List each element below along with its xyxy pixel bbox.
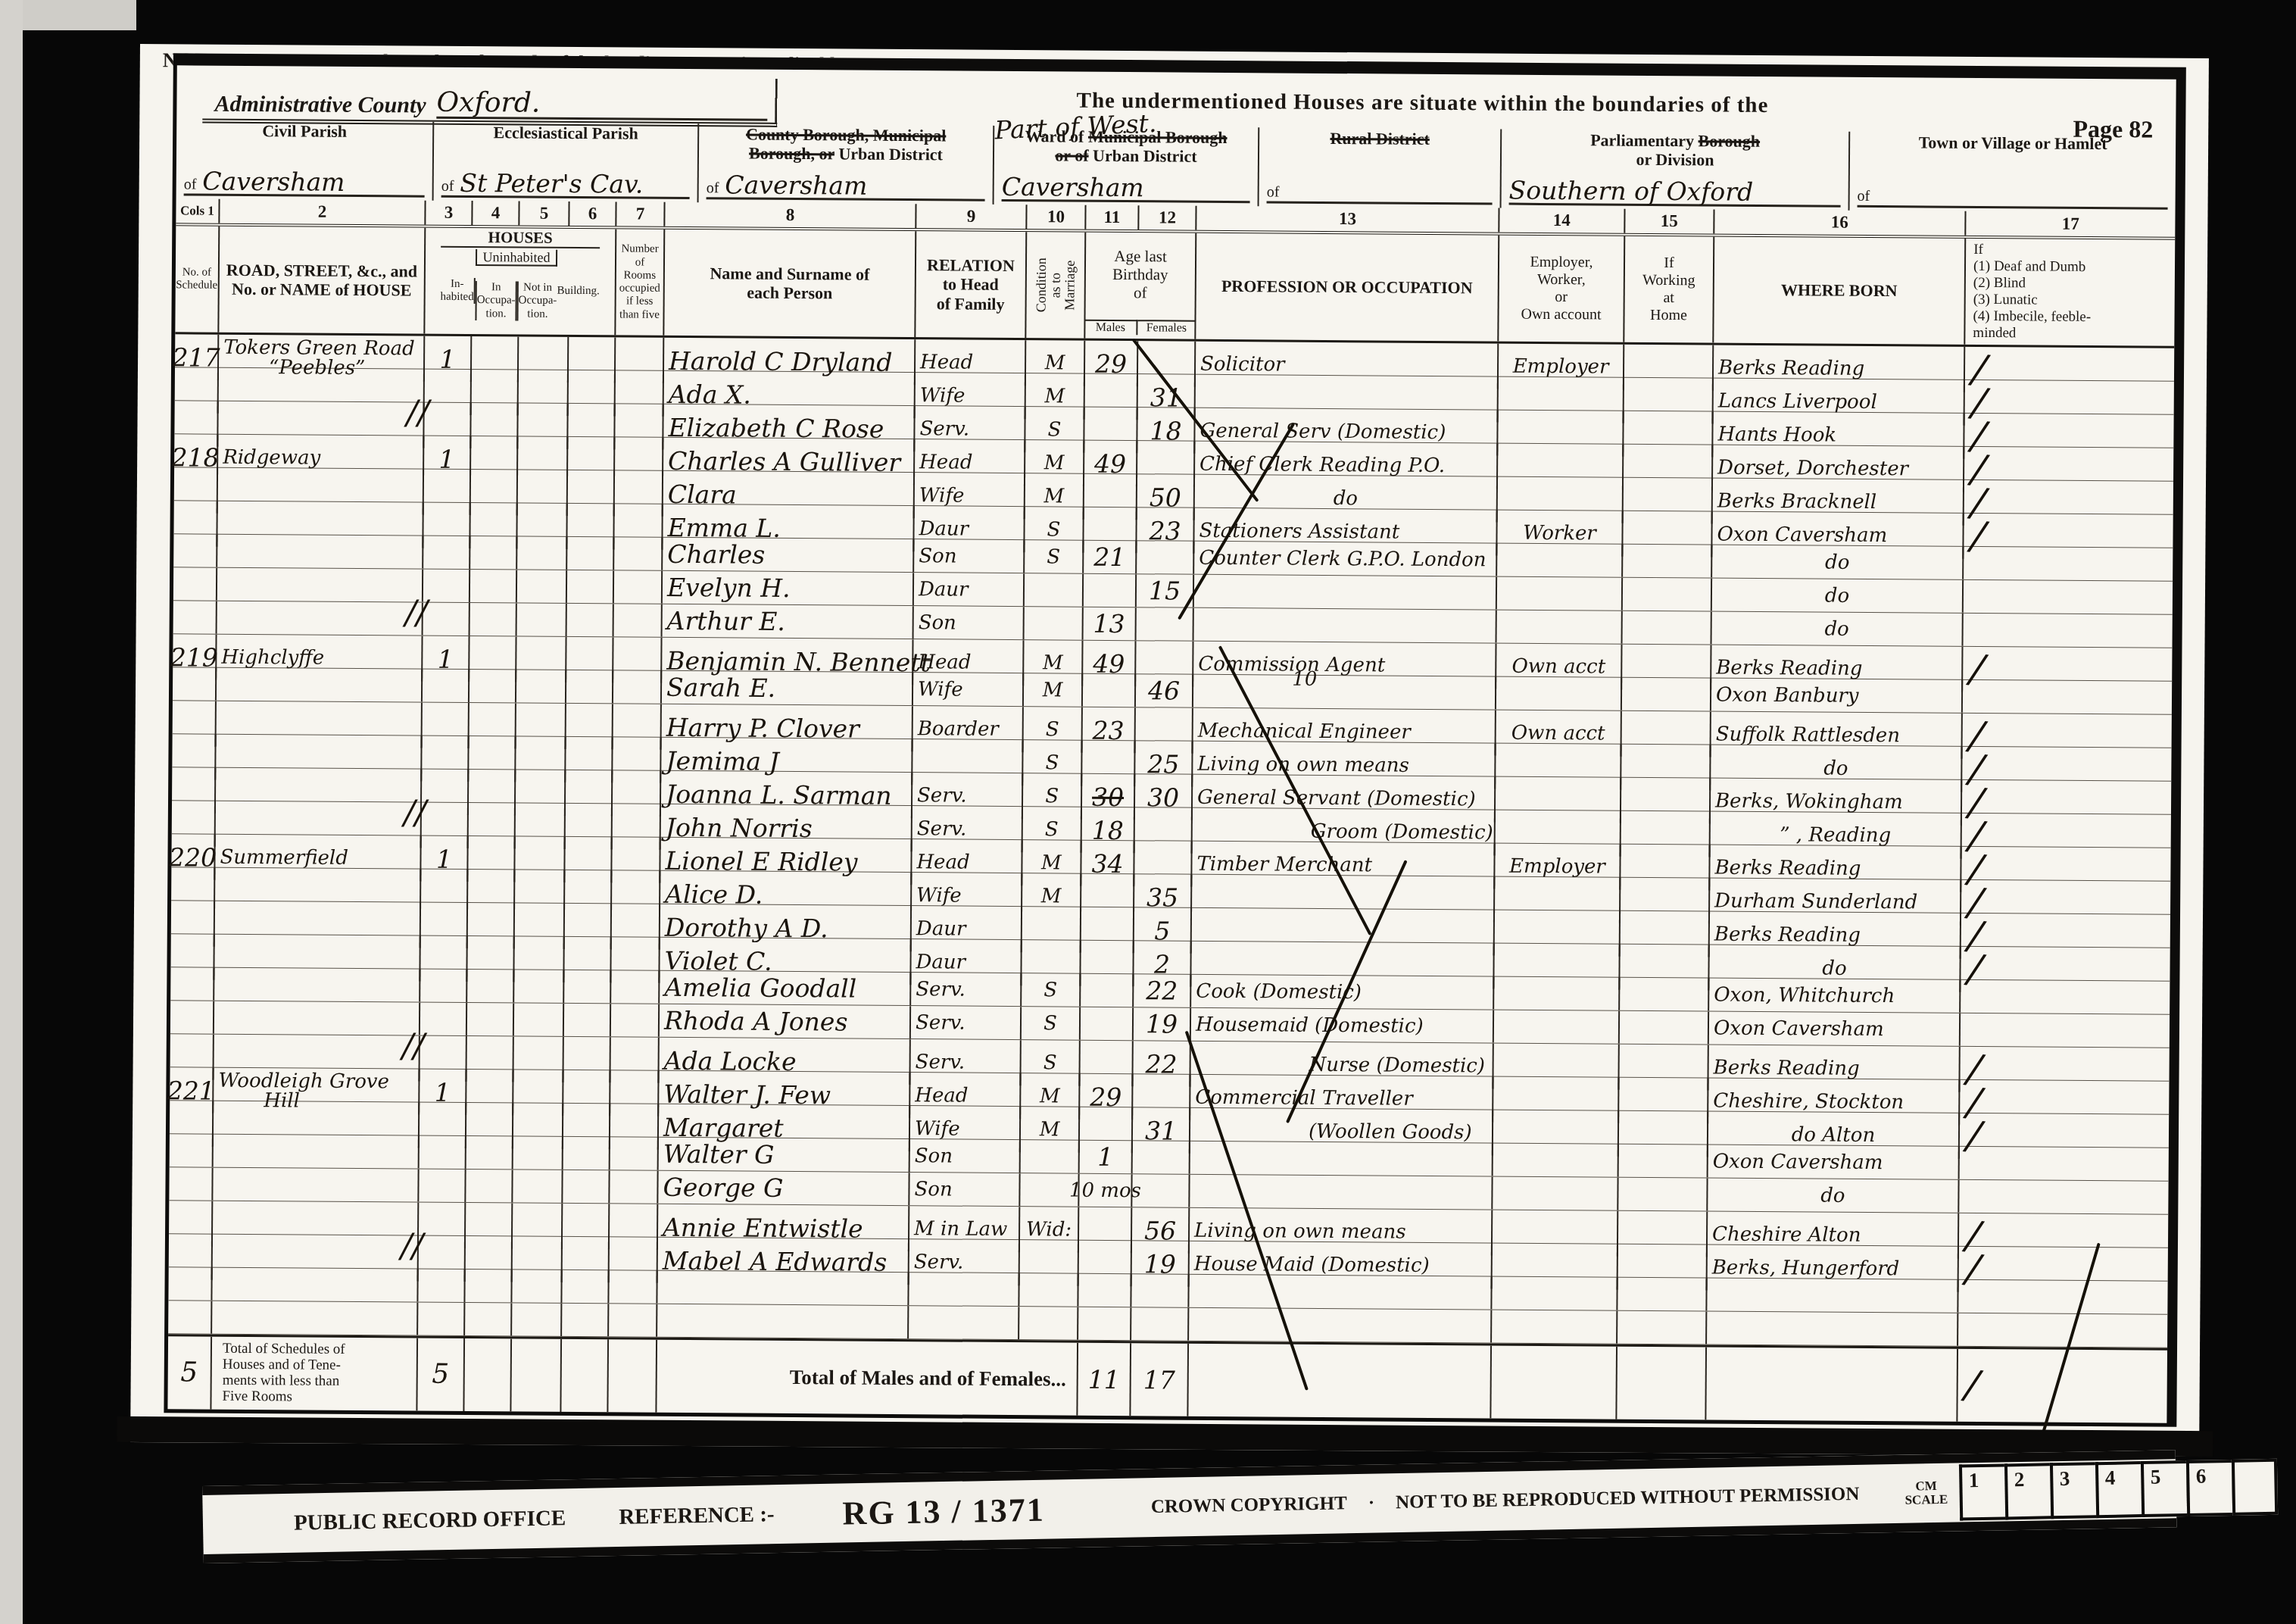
cell-in-occupation — [466, 1170, 513, 1202]
ruler-segment-end — [2232, 1459, 2278, 1516]
parish-box-title: Ecclesiastical Parish — [441, 123, 690, 144]
parish-value-handwritten: Southern of Oxford — [1509, 178, 1754, 205]
age-male: 30 — [1092, 784, 1124, 809]
birthplace: do — [1717, 551, 1958, 573]
header-houses: HOUSES — [441, 228, 600, 248]
cell-name: Charles — [663, 538, 914, 572]
cell-schedule — [170, 1134, 214, 1166]
cell-in-occupation — [465, 1270, 512, 1302]
cell-in-occupation — [466, 1136, 513, 1169]
parish-box-title: Rural District — [1267, 129, 1493, 149]
relation: Head — [920, 352, 973, 372]
road-name: Ridgeway — [223, 448, 320, 468]
relation: Serv. — [917, 785, 967, 805]
cell-infirmity — [1961, 980, 2170, 1014]
age-female: 15 — [1149, 578, 1181, 603]
birthplace: Berks, Hungerford — [1712, 1258, 1900, 1279]
header-in-occupation: In Occupa- tion. — [476, 281, 517, 320]
column-number-14: 14 — [1499, 208, 1625, 233]
cell-condition: S — [1022, 973, 1081, 1007]
inhabited-mark: 1 — [438, 646, 454, 671]
cell-age-female: 22 — [1134, 974, 1191, 1007]
cell-employer — [1497, 611, 1623, 644]
cell-road — [217, 535, 423, 569]
pro-reference-strip: PUBLIC RECORD OFFICE REFERENCE :- RG 13 … — [202, 1450, 2176, 1563]
of-label: of — [1267, 183, 1280, 201]
birthplace: do — [1714, 958, 1954, 979]
title-text: Parliamentary — [1590, 130, 1699, 150]
cell-rooms — [614, 537, 663, 570]
cell-blank-15 — [1617, 1347, 1707, 1420]
cell-road — [214, 968, 420, 1002]
parish-box-2: Ecclesiastical ParishofSt Peter's Cav. — [434, 122, 700, 202]
parish-box-1: Civil ParishofCaversham — [176, 120, 435, 200]
cell-inhabited — [423, 670, 469, 702]
age-female: 25 — [1147, 751, 1179, 776]
ruler-segment: 3 — [2050, 1462, 2096, 1519]
cell-employer — [1492, 1277, 1617, 1310]
person-name: Harold C Dryland — [669, 348, 893, 374]
cell-building — [563, 1137, 610, 1170]
age-female: 35 — [1146, 885, 1178, 910]
cell-age-male — [1078, 1274, 1131, 1307]
cell-in-occupation — [470, 536, 517, 569]
header-infirmity: If (1) Deaf and Dumb (2) Blind (3) Lunat… — [1965, 239, 2175, 346]
header-age: Age last Birthday of — [1085, 247, 1196, 302]
person-name: Margaret — [663, 1114, 784, 1140]
cell-name: Sarah E. — [662, 671, 913, 705]
age-female: 30 — [1147, 785, 1179, 810]
header-at-home: If Working at Home — [1624, 236, 1714, 343]
relation: Serv. — [919, 419, 969, 439]
relation: Wife — [919, 486, 965, 505]
title-text: Urban District — [834, 144, 943, 164]
cell-condition: S — [1022, 1007, 1081, 1040]
pro-office-label: PUBLIC RECORD OFFICE — [294, 1506, 566, 1536]
annotation: 10 — [1292, 670, 1317, 689]
header-condition: Condition as to Marriage — [1026, 232, 1086, 339]
parish-title-line: Borough, or Urban District — [707, 144, 985, 164]
person-name: Dorothy A D. — [665, 914, 828, 941]
cell-blank-13 — [1188, 1344, 1492, 1419]
cell-not-in-occupation — [512, 1270, 562, 1302]
cell-condition — [1025, 607, 1084, 640]
cell-profession — [1194, 575, 1497, 610]
cell-profession: Cook (Domestic) — [1191, 975, 1494, 1010]
parish-box-4: Ward of Municipal Boroughor of Urban Dis… — [994, 126, 1260, 206]
column-number-12: 12 — [1139, 205, 1196, 230]
no-reproduction-label: NOT TO BE REPRODUCED WITHOUT PERMISSION — [1396, 1484, 1860, 1513]
relation: M in Law — [914, 1219, 1007, 1239]
cell-name: George G — [658, 1171, 909, 1205]
check-mark: ∕ — [1963, 1362, 1981, 1409]
struck-text: Borough, or — [749, 143, 834, 163]
cell-not-in-occupation — [514, 970, 564, 1002]
cell-working-at-home — [1620, 978, 1709, 1011]
cell-age-female — [1132, 1174, 1190, 1207]
title-text: Ecclesiastical Parish — [493, 123, 638, 142]
marriage-condition: M — [1043, 680, 1063, 700]
age-female: 19 — [1144, 1251, 1176, 1276]
cell-infirmity — [1964, 580, 2173, 614]
employer-status: Own acct — [1511, 657, 1605, 677]
cell-relation: Serv. — [911, 1006, 1022, 1039]
marriage-condition: S — [1043, 1053, 1057, 1073]
cell-working-at-home — [1623, 578, 1712, 611]
parish-box-value: ofSt Peter's Cav. — [441, 165, 690, 199]
cell-in-occupation — [467, 970, 514, 1002]
profession: Living on own means — [1194, 1221, 1406, 1242]
employer-status: Employer — [1509, 857, 1605, 877]
parish-box-value: Southern of Oxford — [1509, 173, 1841, 208]
header-relation: RELATION to Head of Family — [916, 231, 1027, 338]
profession: Commercial Traveller — [1195, 1088, 1413, 1109]
crown-copyright-label: CROWN COPYRIGHT — [1151, 1493, 1348, 1518]
marriage-condition: S — [1043, 1013, 1057, 1033]
column-number-15: 15 — [1625, 209, 1714, 234]
cell-relation: Son — [910, 1139, 1021, 1173]
person-name: Ada X. — [669, 381, 751, 407]
cell-infirmity — [1961, 1013, 2170, 1048]
cell-age-female — [1133, 1141, 1190, 1174]
profession: Nurse (Domestic) — [1196, 1054, 1486, 1076]
birthplace: Oxon Caversham — [1717, 525, 1887, 546]
birthplace: Oxon Caversham — [1714, 1018, 1884, 1039]
profession: Mechanical Engineer — [1198, 721, 1411, 742]
schedule-number: 217 — [173, 345, 220, 370]
person-name: Harry P. Clover — [666, 714, 859, 741]
cell-age-male: 21 — [1084, 541, 1137, 573]
marriage-condition: Wid: — [1026, 1220, 1072, 1239]
birthplace: Oxon Banbury — [1716, 685, 1859, 705]
cell-name: Amelia Goodall — [660, 971, 911, 1005]
cell-where-born: Oxon, Whitchurch — [1709, 978, 1961, 1012]
column-number-2: 2 — [220, 199, 426, 225]
cell-schedule — [169, 1167, 213, 1200]
parish-title-line: Civil Parish — [184, 121, 425, 142]
cell-infirmity — [1958, 1280, 2167, 1314]
ruler-segment: 2 — [2004, 1463, 2051, 1519]
parish-box-value: of — [1858, 175, 2168, 210]
cell-road — [217, 568, 423, 602]
parish-box-title: Parliamentary Boroughor Division — [1509, 131, 1841, 170]
person-name: Jemima J — [666, 748, 779, 773]
cell-relation: Serv. — [911, 973, 1022, 1006]
age-male: 49 — [1094, 451, 1126, 476]
parish-box-7: Town or Village or Hamletof — [1850, 132, 2176, 213]
parish-box-6: Parliamentary Boroughor DivisionSouthern… — [1502, 130, 1851, 211]
parish-value-handwritten: St Peter's Cav. — [460, 170, 643, 197]
header-road: ROAD, STREET, &c., and No. or NAME of HO… — [219, 226, 426, 334]
cell-employer — [1493, 1177, 1618, 1210]
birthplace: Berks Bracknell — [1717, 492, 1877, 512]
totals-row: 5Total of Schedules of Houses and of Ten… — [167, 1334, 2167, 1423]
person-name: George G — [663, 1175, 783, 1201]
cell-inhabited — [420, 970, 467, 1002]
cell-name: Walter G — [659, 1138, 910, 1172]
parish-title-line: or of Urban District — [1002, 146, 1250, 167]
cell-where-born — [1707, 1311, 1958, 1345]
cell-infirmity — [1963, 680, 2172, 714]
cell-name: Arthur E. — [663, 604, 914, 639]
person-name: Amelia Goodall — [664, 975, 856, 1001]
inhabited-mark: 1 — [439, 446, 455, 471]
birthplace: do — [1717, 618, 1958, 639]
cell-age-male — [1084, 574, 1137, 607]
totals-label: Total of Schedules of Houses and of Tene… — [216, 1341, 345, 1406]
cell-rooms — [611, 1004, 660, 1036]
header-uninhabited: Uninhabited — [476, 249, 557, 267]
age-female: 46 — [1148, 678, 1180, 703]
cell-relation — [909, 1306, 1019, 1339]
cell-inhabited — [420, 1136, 466, 1169]
cell-condition: S — [1025, 540, 1084, 573]
cell-in-occupation — [465, 1303, 512, 1335]
profession: Timber Merchant — [1196, 854, 1372, 876]
parish-title-line: Ward of Municipal Borough — [1002, 127, 1250, 148]
marriage-condition: S — [1047, 420, 1061, 439]
cell-schedule — [173, 567, 217, 600]
ruler-segment: 1 — [1959, 1463, 2005, 1520]
age-female: 19 — [1146, 1011, 1178, 1036]
marriage-condition: M — [1044, 453, 1065, 473]
schedule-number: 218 — [172, 445, 220, 470]
person-name: Mabel A Edwards — [663, 1248, 888, 1274]
cell-name — [657, 1271, 909, 1305]
form-header: Administrative County Oxford. The underm… — [176, 65, 2176, 212]
relation: Daur — [919, 519, 969, 539]
header-where-born: WHERE BORN — [1714, 237, 1966, 345]
cell-age-female: 15 — [1137, 574, 1194, 607]
cell-infirmity — [1959, 1180, 2168, 1214]
cell-schedule — [173, 667, 217, 700]
cell-rooms — [609, 1304, 657, 1336]
age-female: 56 — [1144, 1218, 1176, 1243]
age-male: 23 — [1093, 717, 1125, 742]
cell-condition — [1025, 573, 1084, 607]
cell-name: Rhoda A Jones — [660, 1004, 911, 1038]
cell-building — [566, 670, 613, 703]
males-females-label: Total of Males and of Females... — [790, 1366, 1066, 1391]
header-rooms: Number of Rooms occupied if less than fi… — [616, 229, 665, 335]
profession: (Woollen Goods) — [1195, 1121, 1472, 1143]
age-male: 29 — [1095, 351, 1127, 376]
table-body: 217Tokers Green Road“Peebles”1Harold C D… — [168, 334, 2174, 1348]
cell-infirmity — [1958, 1313, 2167, 1348]
cell-where-born: do — [1712, 579, 1964, 613]
cell-age-female — [1137, 541, 1194, 574]
total-males-value: 11 — [1088, 1366, 1120, 1391]
road-name: Woodleigh Grove — [218, 1071, 389, 1092]
separator-dot: · — [1368, 1493, 1375, 1514]
cell-working-at-home — [1623, 545, 1712, 578]
header-employer: Employer, Worker, or Own account — [1499, 236, 1625, 342]
person-name: Rhoda A Jones — [664, 1008, 848, 1035]
parish-box-title: Civil Parish — [184, 121, 425, 142]
cell-rooms — [613, 670, 662, 703]
column-number-10: 10 — [1027, 205, 1086, 230]
cell-condition — [1019, 1307, 1078, 1340]
cell-age-female: 19 — [1134, 1007, 1191, 1041]
cell-in-occupation — [467, 1003, 514, 1035]
cell-schedule — [173, 601, 217, 633]
of-label: of — [441, 178, 454, 195]
profession: Housemaid (Domestic) — [1196, 1014, 1424, 1035]
cell-inhabited — [420, 1003, 467, 1035]
parish-title-line: Rural District — [1267, 129, 1493, 149]
age-male: 13 — [1093, 611, 1125, 636]
birthplace: Berks, Wokingham — [1715, 792, 1903, 813]
cell-relation — [909, 1273, 1019, 1306]
cell-blank-16 — [1706, 1347, 1958, 1421]
person-name: Violet C. — [664, 948, 772, 973]
birthplace: Suffolk Rattlesden — [1716, 725, 1901, 746]
cell-road — [214, 1135, 420, 1169]
age-female: 22 — [1146, 1051, 1178, 1076]
cell-rooms — [609, 1270, 657, 1303]
cell-profession: Counter Clerk G.P.O. London — [1194, 542, 1497, 576]
relation: Wife — [920, 386, 966, 405]
cell-age-male — [1081, 1007, 1134, 1040]
age-male: 29 — [1090, 1084, 1121, 1109]
parish-box-3: County Borough, MunicipalBorough, or Urb… — [699, 123, 995, 205]
person-name: Ada Locke — [664, 1048, 797, 1073]
marriage-condition: M — [1043, 486, 1064, 506]
cell-age-male — [1083, 674, 1136, 707]
cell-profession: Housemaid (Domestic) — [1191, 1008, 1494, 1043]
cell-age-female — [1137, 607, 1194, 641]
cell-blank-7 — [608, 1339, 657, 1412]
parish-box-5: Rural Districtof — [1259, 127, 1502, 208]
column-number-7: 7 — [616, 201, 665, 226]
cell-building — [564, 970, 611, 1003]
cell-building — [567, 537, 614, 570]
person-name: Clara — [668, 481, 737, 507]
cell-where-born: Oxon Caversham — [1708, 1145, 1960, 1179]
age-male: 10 mos — [1069, 1180, 1141, 1201]
header-houses-group: HOUSES In- habited Uninhabited Building.… — [425, 228, 616, 336]
inhabited-mark: 1 — [439, 346, 455, 371]
parish-box-title: Ward of Municipal Boroughor of Urban Dis… — [1002, 127, 1250, 167]
cell-inhabited — [423, 603, 470, 636]
total-houses-value: 5 — [432, 1361, 449, 1388]
cell-not-in-occupation — [517, 570, 567, 602]
header-condition-text: Condition as to Marriage — [1034, 258, 1077, 312]
cell-blank-4 — [464, 1338, 512, 1411]
of-label: of — [184, 176, 197, 193]
cell-rooms — [614, 604, 663, 636]
cell-road — [214, 1001, 420, 1035]
relation: Boarder — [918, 719, 999, 739]
administrative-county-value: Oxford. — [437, 89, 541, 117]
cell-where-born — [1707, 1278, 1958, 1312]
cell-rooms — [610, 1170, 658, 1203]
total-females-value: 17 — [1143, 1367, 1175, 1392]
cell-building — [564, 1004, 611, 1036]
marriage-condition: S — [1046, 720, 1059, 739]
cell-name: Evelyn H. — [663, 571, 914, 605]
parish-box-value: of — [1267, 170, 1493, 205]
cell-profession — [1190, 1141, 1493, 1176]
header-building: Building. — [557, 285, 599, 298]
cell-inhabited — [419, 1170, 466, 1202]
age-male: 49 — [1093, 651, 1125, 676]
cell-blank-14 — [1491, 1346, 1617, 1419]
marriage-condition: M — [1044, 386, 1065, 406]
cell-rooms — [614, 570, 663, 603]
column-headers-row: No. of Schedule ROAD, STREET, &c., and N… — [175, 226, 2175, 348]
cell-inhabited — [423, 570, 470, 602]
profession: Living on own means — [1197, 754, 1409, 776]
marriage-condition: S — [1045, 753, 1059, 773]
schedule-number: 219 — [170, 645, 218, 670]
age-male: 1 — [1097, 1145, 1113, 1170]
relation: Head — [918, 652, 971, 672]
cell-employer — [1493, 1144, 1619, 1177]
birthplace: Berks Reading — [1716, 658, 1862, 679]
birthplace: Berks Reading — [1714, 858, 1861, 879]
cm-scale-label: CM SCALE — [1904, 1479, 1948, 1507]
cell-road — [217, 668, 423, 702]
profession: General Serv (Domestic) — [1199, 421, 1446, 442]
cell-where-born: do — [1712, 612, 1964, 646]
marriage-condition: M — [1040, 1086, 1060, 1106]
person-name: Evelyn H. — [667, 575, 791, 601]
age-male: 18 — [1092, 817, 1124, 842]
birthplace: Berks Reading — [1714, 925, 1861, 945]
cell-working-at-home — [1618, 1178, 1708, 1211]
header-males: Males — [1084, 320, 1137, 336]
ruler-segment: 5 — [2141, 1460, 2187, 1517]
birthplace: Dorset, Dorchester — [1717, 458, 1908, 479]
cell-age-male: 1 — [1080, 1141, 1133, 1173]
administrative-county-underline: Oxford. — [437, 89, 768, 121]
road-name: Highclyffe — [221, 648, 324, 668]
parish-box-title: County Borough, MunicipalBorough, or Urb… — [707, 125, 985, 164]
parish-box-title: Town or Village or Hamlet — [1858, 133, 2168, 154]
pro-reference-number: RG 13 / 1371 — [842, 1490, 1045, 1532]
cell-not-in-occupation — [514, 1003, 564, 1035]
relation: Daur — [916, 952, 966, 972]
header-profession: PROFESSION OR OCCUPATION — [1196, 233, 1499, 342]
relation: Serv. — [916, 1052, 966, 1072]
relation: Serv. — [914, 1252, 964, 1272]
relation: Serv. — [916, 979, 966, 999]
cell-working-at-home — [1617, 1278, 1707, 1311]
struck-text: Borough — [1698, 131, 1760, 151]
struck-text: County Borough, Municipal — [746, 125, 946, 145]
birthplace: Cheshire, Stockton — [1713, 1092, 1904, 1113]
cell-profession — [1189, 1275, 1492, 1310]
cell-not-in-occupation — [513, 1170, 563, 1202]
relation: Head — [915, 1085, 968, 1105]
employer-status: Employer — [1513, 357, 1609, 377]
marriage-condition: S — [1045, 820, 1059, 839]
census-scan-page: { "colors":{"paper":"#f6f4ee","ink":"#1b… — [0, 0, 2296, 1624]
cell-in-occupation — [469, 670, 516, 702]
birthplace: Hants Hook — [1717, 425, 1836, 445]
column-number-17: 17 — [1966, 211, 2175, 237]
cell-working-at-home — [1619, 1145, 1708, 1178]
cell-employer — [1497, 544, 1623, 577]
title-text: or Division — [1636, 149, 1714, 169]
birthplace: Oxon, Whitchurch — [1714, 985, 1895, 1006]
relation: Son — [914, 1179, 952, 1199]
cell-totals-label: Total of Schedules of Houses and of Tene… — [211, 1337, 418, 1411]
parish-title-line: Parliamentary Borough — [1509, 131, 1841, 152]
title-text: Urban District — [1089, 145, 1197, 165]
cell-relation: Son — [914, 539, 1025, 573]
